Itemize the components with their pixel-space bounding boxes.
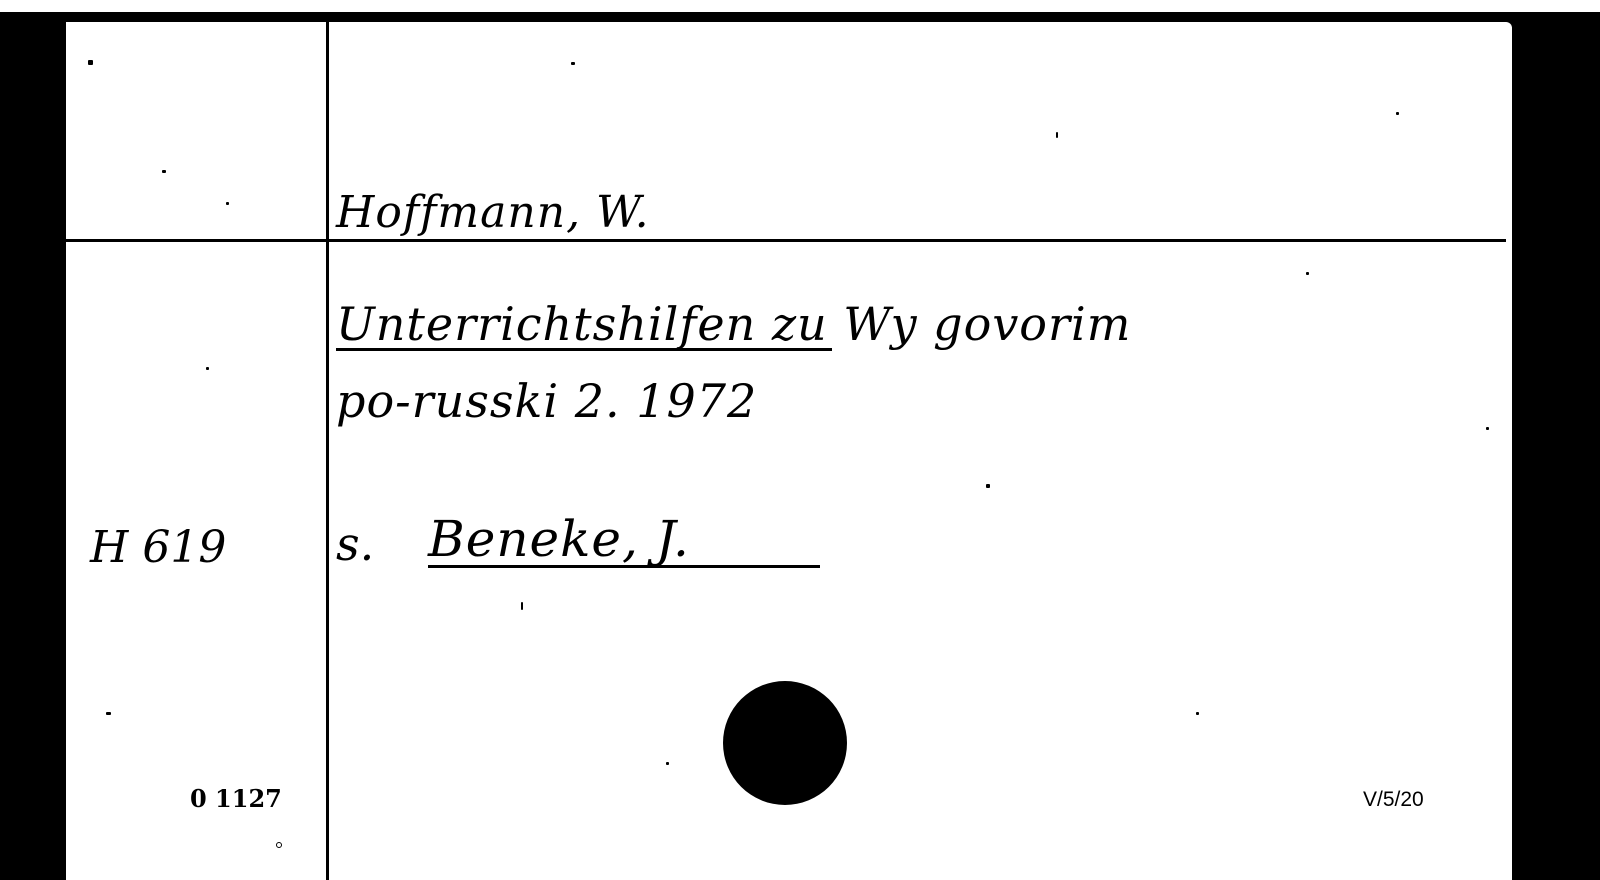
scan-speck [1486, 427, 1489, 430]
scan-speck [162, 170, 166, 173]
scan-speck [106, 712, 111, 715]
card-number: 0 1127 [190, 784, 282, 813]
scan-speck [206, 367, 209, 370]
scan-speck [1196, 712, 1199, 715]
see-reference-underline [428, 565, 820, 568]
catalog-card: Hoffmann, W. Unterrichtshilfen zu Wy gov… [66, 22, 1512, 880]
author-heading: Hoffmann, W. [336, 187, 650, 238]
title-line-2: po-russki 2. 1972 [336, 374, 757, 428]
scan-speck [226, 202, 229, 205]
title-line-1: Unterrichtshilfen zu Wy govorim [336, 297, 1131, 351]
scan-speck [88, 60, 93, 65]
punch-hole [723, 681, 847, 805]
scan-speck [986, 484, 990, 488]
scan-speck [276, 842, 282, 848]
shelfmark: H 619 [90, 522, 226, 573]
heading-rule [66, 239, 1506, 242]
scan-speck [1306, 272, 1309, 275]
see-reference-prefix: s. [336, 517, 374, 571]
scan-speck [521, 602, 523, 610]
scan-speck [571, 62, 575, 65]
batch-code: V/5/20 [1363, 788, 1424, 812]
scan-top-margin [0, 0, 1600, 12]
scan-speck [1056, 132, 1058, 138]
title-underline [336, 348, 832, 351]
shelfmark-column-divider [326, 22, 329, 880]
scan-speck [1396, 112, 1399, 115]
see-reference-target: Beneke, J. [428, 510, 690, 568]
scan-speck [666, 762, 669, 765]
